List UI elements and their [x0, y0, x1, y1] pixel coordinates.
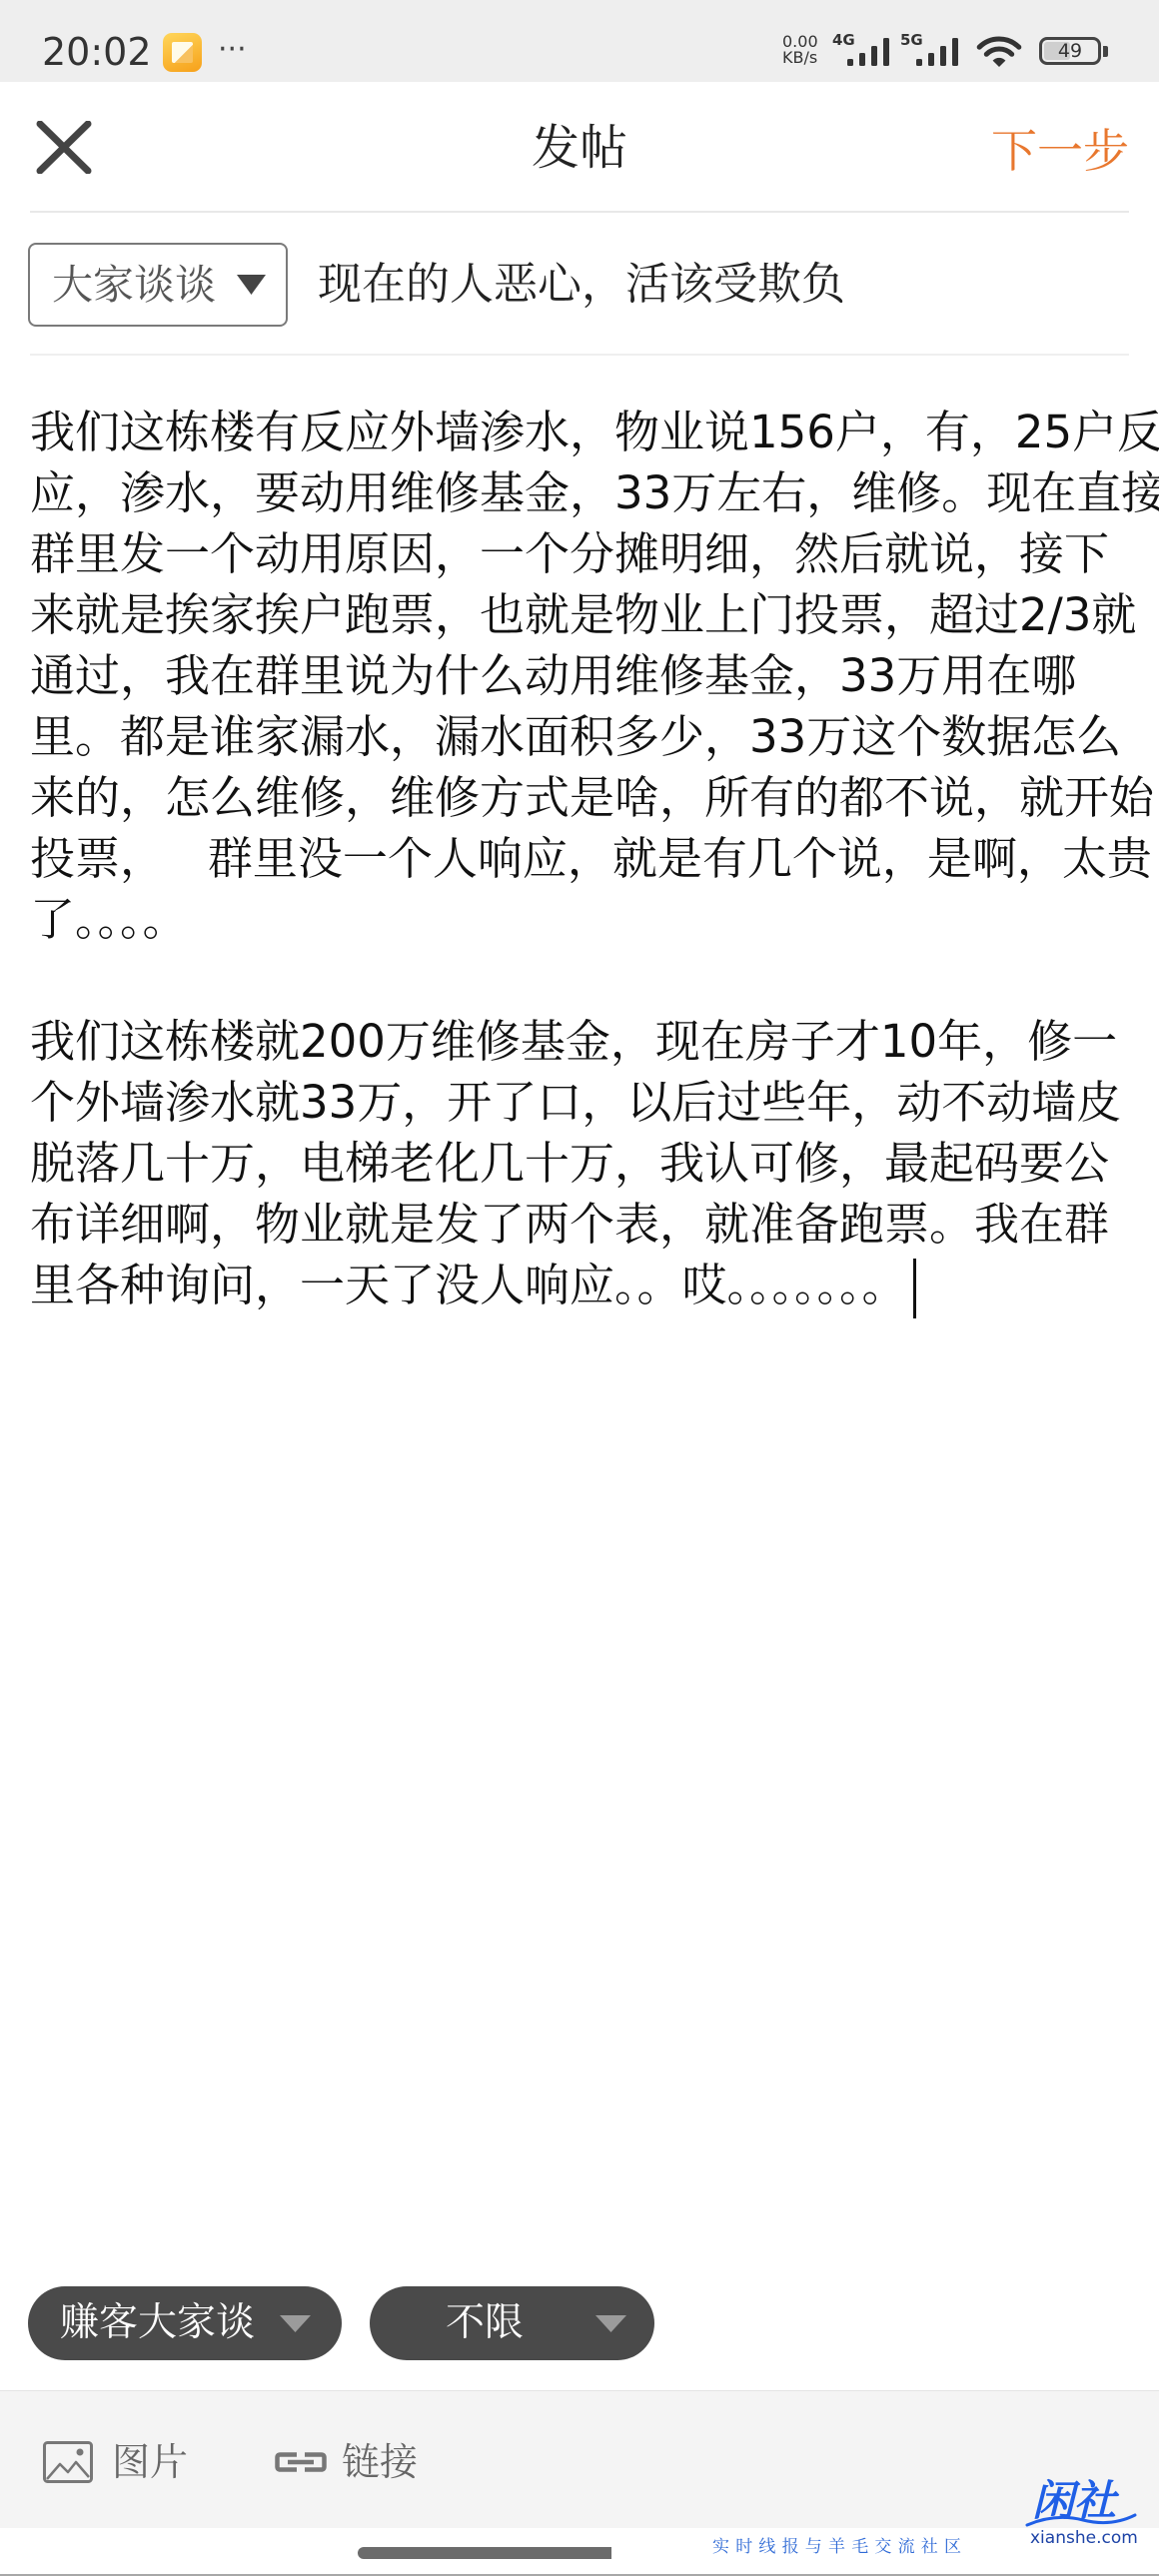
title-divider — [30, 354, 1129, 356]
body-line: 应，渗水，要动用维修基金，33万左右，维修。现在直接 — [30, 462, 1129, 523]
battery-icon: 49 — [1039, 37, 1101, 65]
insert-image-label: 图片 — [112, 2432, 188, 2492]
body-line: 我们这栋楼有反应外墙渗水，物业说156户，有，25户反 — [30, 402, 1129, 462]
watermark-domain: xianshe.com — [1030, 2528, 1138, 2548]
forum-board-label: 赚客大家谈 — [60, 2286, 255, 2360]
body-line-text: 群里发一个动用原因，一个分摊明细，然后就说，接下 — [30, 527, 1109, 580]
body-line: 来的，怎么维修，维修方式是啥，所有的都不说，就开始 — [30, 767, 1129, 828]
body-line: 布详细啊，物业就是发了两个表，就准备跑票。我在群 — [30, 1194, 1129, 1255]
body-line-text: 来就是挨家挨户跑票，也就是物业上门投票，超过2/3就 — [30, 588, 1136, 641]
body-line: 投票， 群里没一个人响应，就是有几个说，是啊，太贵 — [30, 828, 1129, 889]
body-line: 通过，我在群里说为什么动用维修基金，33万用在哪 — [30, 645, 1129, 706]
text-cursor — [913, 1259, 916, 1318]
signal-bars-icon — [916, 38, 961, 66]
more-notifications-icon: ··· — [218, 28, 247, 72]
body-line-text: 里各种询问，一天了没人响应。。哎。。。。。。。 — [30, 1259, 907, 1311]
body-line: 里各种询问，一天了没人响应。。哎。。。。。。。 — [30, 1255, 1129, 1315]
signal-bars-icon — [847, 38, 892, 66]
permission-label: 不限 — [446, 2286, 524, 2360]
status-time: 20:02 — [42, 30, 152, 74]
body-line-text: 投票， 群里没一个人响应，就是有几个说，是啊，太贵 — [30, 832, 1152, 885]
dropdown-triangle-icon — [237, 275, 266, 295]
body-line: 个外墙渗水就33万，开了口，以后过些年，动不动墙皮 — [30, 1072, 1129, 1133]
watermark-wave-icon — [1025, 2511, 1137, 2529]
battery-nub — [1103, 46, 1108, 57]
permission-dropdown[interactable]: 不限 — [370, 2286, 654, 2360]
network-speed: 0.00 KB/s — [782, 34, 832, 66]
post-title-input[interactable]: 现在的人恶心，活该受欺负 — [318, 255, 1129, 315]
body-line-text: 来的，怎么维修，维修方式是啥，所有的都不说，就开始 — [30, 771, 1154, 824]
close-button[interactable] — [36, 121, 92, 174]
body-paragraph: 我们这栋楼就200万维修基金，现在房子才10年，修一 个外墙渗水就33万，开了口… — [30, 1011, 1129, 1315]
insert-link-button[interactable]: 链接 — [275, 2432, 418, 2492]
next-step-button[interactable]: 下一步 — [991, 121, 1129, 181]
category-dropdown[interactable]: 大家谈谈 — [28, 243, 288, 327]
page-title: 发帖 — [0, 118, 1159, 178]
body-line: 里。都是谁家漏水，漏水面积多少，33万这个数据怎么 — [30, 706, 1129, 767]
post-body-textarea[interactable]: 我们这栋楼有反应外墙渗水，物业说156户，有，25户反 应，渗水，要动用维修基金… — [30, 402, 1129, 1315]
body-line: 来就是挨家挨户跑票，也就是物业上门投票，超过2/3就 — [30, 584, 1129, 645]
body-line-text: 我们这栋楼就200万维修基金，现在房子才10年，修一 — [30, 1015, 1117, 1068]
status-bar: 20:02 ··· 0.00 KB/s 4G 5G 49 — [0, 0, 1159, 82]
body-line: 我们这栋楼就200万维修基金，现在房子才10年，修一 — [30, 1011, 1129, 1072]
forum-board-dropdown[interactable]: 赚客大家谈 — [28, 2286, 342, 2360]
category-dropdown-value: 大家谈谈 — [52, 245, 216, 325]
body-line-text: 应，渗水，要动用维修基金，33万左右，维修。现在直接 — [30, 466, 1159, 519]
body-line: 脱落几十万，电梯老化几十万，我认可修，最起码要公 — [30, 1133, 1129, 1194]
insert-link-label: 链接 — [342, 2432, 418, 2492]
image-icon — [43, 2441, 93, 2483]
body-line-text: 我们这栋楼有反应外墙渗水，物业说156户，有，25户反 — [30, 406, 1159, 458]
body-line-text: 布详细啊，物业就是发了两个表，就准备跑票。我在群 — [30, 1198, 1109, 1251]
notes-app-icon — [163, 33, 202, 72]
chevron-down-icon — [595, 2315, 626, 2332]
network-speed-unit: KB/s — [782, 50, 832, 66]
body-line-text: 里。都是谁家漏水，漏水面积多少，33万这个数据怎么 — [30, 710, 1121, 763]
wifi-icon — [975, 35, 1023, 69]
close-icon — [40, 124, 88, 171]
chevron-down-icon — [280, 2315, 311, 2332]
insert-image-button[interactable]: 图片 — [43, 2432, 188, 2492]
body-line-text: 脱落几十万，电梯老化几十万，我认可修，最起码要公 — [30, 1137, 1109, 1190]
body-line-text: 通过，我在群里说为什么动用维修基金，33万用在哪 — [30, 649, 1076, 702]
body-line: 了。。。。 — [30, 889, 1129, 950]
battery-level: 49 — [1042, 40, 1098, 62]
link-icon — [275, 2452, 327, 2472]
body-paragraph: 我们这栋楼有反应外墙渗水，物业说156户，有，25户反 应，渗水，要动用维修基金… — [30, 402, 1129, 950]
watermark-slogan: 实时线报与羊毛交流社区 — [712, 2536, 967, 2558]
body-line-text: 了。。。。 — [30, 893, 188, 946]
body-line-text: 个外墙渗水就33万，开了口，以后过些年，动不动墙皮 — [30, 1076, 1121, 1129]
notes-paper-glyph — [172, 42, 193, 63]
body-line: 群里发一个动用原因，一个分摊明细，然后就说，接下 — [30, 523, 1129, 584]
header-divider — [30, 211, 1129, 213]
